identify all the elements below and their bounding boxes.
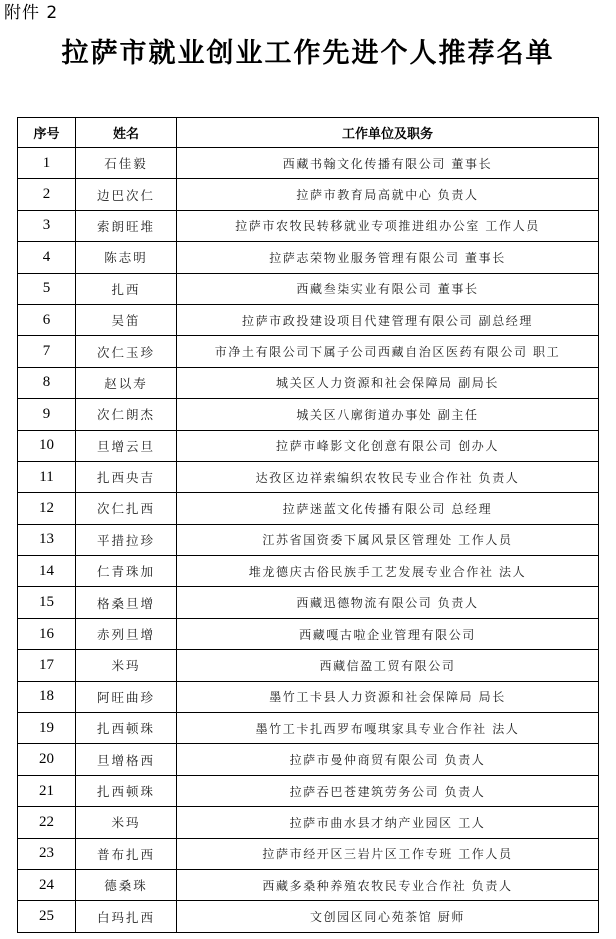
header-index: 序号	[18, 118, 76, 148]
table-row: 3索朗旺堆拉萨市农牧民转移就业专项推进组办公室 工作人员	[18, 210, 599, 241]
row-name: 扎西央吉	[76, 461, 177, 492]
row-index: 9	[18, 399, 76, 430]
table-row: 21扎西顿珠拉萨吞巴苍建筑劳务公司 负责人	[18, 775, 599, 806]
row-org: 堆龙德庆古俗民族手工艺发展专业合作社 法人	[177, 556, 599, 587]
row-index: 24	[18, 869, 76, 900]
row-name: 扎西顿珠	[76, 713, 177, 744]
row-name: 平措拉珍	[76, 524, 177, 555]
table-row: 1石佳毅西藏书翰文化传播有限公司 董事长	[18, 148, 599, 179]
row-index: 23	[18, 838, 76, 869]
row-index: 6	[18, 304, 76, 335]
row-index: 18	[18, 681, 76, 712]
page-title: 拉萨市就业创业工作先进个人推荐名单	[0, 34, 616, 74]
row-org: 拉萨市政投建设项目代建管理有限公司 副总经理	[177, 304, 599, 335]
attachment-label: 附件 2	[4, 2, 58, 24]
table-row: 2边巴次仁拉萨市教育局高就中心 负责人	[18, 179, 599, 210]
row-index: 20	[18, 744, 76, 775]
row-index: 19	[18, 713, 76, 744]
row-org: 城关区八廓街道办事处 副主任	[177, 399, 599, 430]
row-index: 17	[18, 650, 76, 681]
recommendation-table: 序号 姓名 工作单位及职务 1石佳毅西藏书翰文化传播有限公司 董事长2边巴次仁拉…	[17, 117, 599, 933]
row-name: 扎西	[76, 273, 177, 304]
row-name: 普布扎西	[76, 838, 177, 869]
row-name: 仁青珠加	[76, 556, 177, 587]
row-org: 拉萨市曼仲商贸有限公司 负责人	[177, 744, 599, 775]
row-name: 索朗旺堆	[76, 210, 177, 241]
table-row: 7次仁玉珍市净土有限公司下属子公司西藏自治区医药有限公司 职工	[18, 336, 599, 367]
table-row: 22米玛拉萨市曲水县才纳产业园区 工人	[18, 807, 599, 838]
row-name: 陈志明	[76, 242, 177, 273]
row-name: 米玛	[76, 807, 177, 838]
row-name: 赵以寿	[76, 367, 177, 398]
table-row: 5扎西西藏叁柒实业有限公司 董事长	[18, 273, 599, 304]
row-name: 赤列旦增	[76, 618, 177, 649]
table-row: 24德桑珠西藏多桑种养殖农牧民专业合作社 负责人	[18, 869, 599, 900]
row-org: 拉萨市经开区三岩片区工作专班 工作人员	[177, 838, 599, 869]
row-org: 江苏省国资委下属风景区管理处 工作人员	[177, 524, 599, 555]
row-name: 次仁朗杰	[76, 399, 177, 430]
table-row: 11扎西央吉达孜区边祥索编织农牧民专业合作社 负责人	[18, 461, 599, 492]
row-org: 达孜区边祥索编织农牧民专业合作社 负责人	[177, 461, 599, 492]
row-name: 阿旺曲珍	[76, 681, 177, 712]
table-row: 4陈志明拉萨志荣物业服务管理有限公司 董事长	[18, 242, 599, 273]
table-row: 17米玛西藏信盈工贸有限公司	[18, 650, 599, 681]
row-index: 8	[18, 367, 76, 398]
header-name: 姓名	[76, 118, 177, 148]
table-row: 25白玛扎西文创园区同心苑茶馆 厨师	[18, 901, 599, 932]
row-name: 格桑旦增	[76, 587, 177, 618]
table-row: 19扎西顿珠墨竹工卡扎西罗布嘎琪家具专业合作社 法人	[18, 713, 599, 744]
row-name: 次仁玉珍	[76, 336, 177, 367]
row-org: 拉萨迷蓝文化传播有限公司 总经理	[177, 493, 599, 524]
table-row: 14仁青珠加堆龙德庆古俗民族手工艺发展专业合作社 法人	[18, 556, 599, 587]
row-name: 旦增格西	[76, 744, 177, 775]
row-org: 西藏多桑种养殖农牧民专业合作社 负责人	[177, 869, 599, 900]
row-name: 白玛扎西	[76, 901, 177, 932]
row-name: 德桑珠	[76, 869, 177, 900]
row-org: 西藏书翰文化传播有限公司 董事长	[177, 148, 599, 179]
row-index: 3	[18, 210, 76, 241]
table-row: 15格桑旦增西藏迅德物流有限公司 负责人	[18, 587, 599, 618]
row-org: 西藏嘎古啦企业管理有限公司	[177, 618, 599, 649]
row-index: 14	[18, 556, 76, 587]
row-org: 拉萨吞巴苍建筑劳务公司 负责人	[177, 775, 599, 806]
row-index: 15	[18, 587, 76, 618]
row-org: 拉萨市农牧民转移就业专项推进组办公室 工作人员	[177, 210, 599, 241]
row-index: 22	[18, 807, 76, 838]
table-row: 18阿旺曲珍墨竹工卡县人力资源和社会保障局 局长	[18, 681, 599, 712]
row-org: 墨竹工卡扎西罗布嘎琪家具专业合作社 法人	[177, 713, 599, 744]
row-index: 5	[18, 273, 76, 304]
row-index: 13	[18, 524, 76, 555]
row-name: 次仁扎西	[76, 493, 177, 524]
table-row: 12次仁扎西拉萨迷蓝文化传播有限公司 总经理	[18, 493, 599, 524]
table-row: 13平措拉珍江苏省国资委下属风景区管理处 工作人员	[18, 524, 599, 555]
row-index: 12	[18, 493, 76, 524]
table-row: 20旦增格西拉萨市曼仲商贸有限公司 负责人	[18, 744, 599, 775]
header-org: 工作单位及职务	[177, 118, 599, 148]
table-row: 10旦增云旦拉萨市峰影文化创意有限公司 创办人	[18, 430, 599, 461]
table-header-row: 序号 姓名 工作单位及职务	[18, 118, 599, 148]
row-index: 21	[18, 775, 76, 806]
row-name: 石佳毅	[76, 148, 177, 179]
row-index: 7	[18, 336, 76, 367]
table-row: 16赤列旦增西藏嘎古啦企业管理有限公司	[18, 618, 599, 649]
row-index: 2	[18, 179, 76, 210]
row-name: 边巴次仁	[76, 179, 177, 210]
row-org: 拉萨市峰影文化创意有限公司 创办人	[177, 430, 599, 461]
row-org: 文创园区同心苑茶馆 厨师	[177, 901, 599, 932]
table-row: 23普布扎西拉萨市经开区三岩片区工作专班 工作人员	[18, 838, 599, 869]
row-org: 城关区人力资源和社会保障局 副局长	[177, 367, 599, 398]
row-org: 拉萨志荣物业服务管理有限公司 董事长	[177, 242, 599, 273]
row-index: 10	[18, 430, 76, 461]
row-org: 拉萨市教育局高就中心 负责人	[177, 179, 599, 210]
row-org: 西藏信盈工贸有限公司	[177, 650, 599, 681]
row-index: 11	[18, 461, 76, 492]
row-org: 西藏迅德物流有限公司 负责人	[177, 587, 599, 618]
row-org: 市净土有限公司下属子公司西藏自治区医药有限公司 职工	[177, 336, 599, 367]
row-name: 旦增云旦	[76, 430, 177, 461]
row-index: 1	[18, 148, 76, 179]
row-org: 西藏叁柒实业有限公司 董事长	[177, 273, 599, 304]
row-name: 米玛	[76, 650, 177, 681]
table-row: 9次仁朗杰城关区八廓街道办事处 副主任	[18, 399, 599, 430]
row-org: 拉萨市曲水县才纳产业园区 工人	[177, 807, 599, 838]
row-index: 16	[18, 618, 76, 649]
row-index: 4	[18, 242, 76, 273]
row-org: 墨竹工卡县人力资源和社会保障局 局长	[177, 681, 599, 712]
table-row: 6吴笛拉萨市政投建设项目代建管理有限公司 副总经理	[18, 304, 599, 335]
row-name: 吴笛	[76, 304, 177, 335]
row-index: 25	[18, 901, 76, 932]
row-name: 扎西顿珠	[76, 775, 177, 806]
table-row: 8赵以寿城关区人力资源和社会保障局 副局长	[18, 367, 599, 398]
table-body: 1石佳毅西藏书翰文化传播有限公司 董事长2边巴次仁拉萨市教育局高就中心 负责人3…	[18, 148, 599, 933]
